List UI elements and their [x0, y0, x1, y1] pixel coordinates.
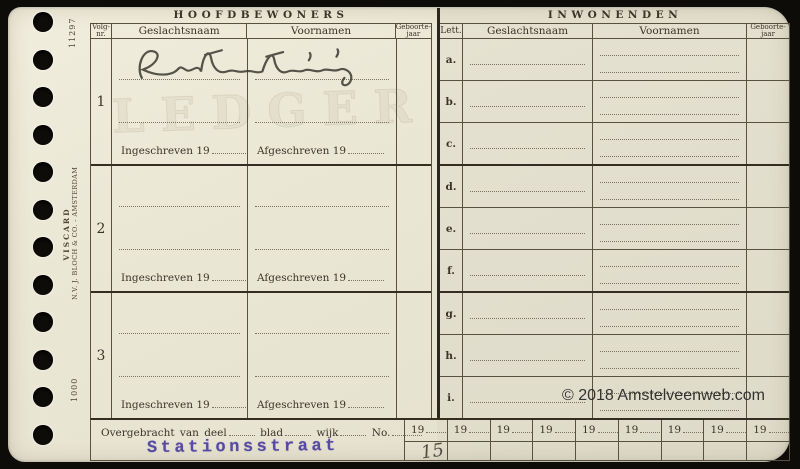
- afgeschreven-label: Afgeschreven 19: [257, 399, 384, 411]
- year-cell: 19: [703, 420, 746, 460]
- inwonenden-rows: a. b. c. d. e.: [440, 39, 790, 418]
- transfer-info-cell: Overgebracht van deel blad wijk No. Stat…: [91, 420, 404, 460]
- punch-hole: [33, 87, 53, 107]
- row-letter: i.: [440, 377, 462, 418]
- table-row: b.: [440, 80, 789, 122]
- ingeschreven-label: Ingeschreven 19: [121, 145, 248, 157]
- year-cell: 19: [618, 420, 661, 460]
- table-row: 3 Ingeschreven 19 Afgeschreven 19: [91, 291, 431, 418]
- column-header-geboortejaar: Geboorte- jaar: [395, 24, 431, 38]
- year-cell: 19: [661, 420, 704, 460]
- afgeschreven-label: Afgeschreven 19: [257, 272, 384, 284]
- punch-hole: [33, 237, 53, 257]
- row-letter: d.: [440, 166, 462, 207]
- voornamen-cell: Afgeschreven 19: [247, 166, 396, 291]
- printer-name: N.V. J. BLOCH & CO. - AMSTERDAM: [71, 168, 80, 300]
- geboortejaar-cell: [396, 166, 431, 291]
- row-letter: b.: [440, 81, 462, 122]
- table-row: f.: [440, 249, 789, 291]
- table-row: c.: [440, 122, 789, 164]
- table-row: 2 Ingeschreven 19 Afgeschreven 19: [91, 164, 431, 291]
- street-name-stamp: Stationsstraat: [147, 437, 339, 458]
- printer-brand: VISCARD: [62, 168, 71, 300]
- handwritten-entry-postkantoor: [128, 41, 375, 89]
- year-cell: 19: [575, 420, 618, 460]
- ingeschreven-label: Ingeschreven 19: [121, 399, 248, 411]
- printer-imprint: VISCARD N.V. J. BLOCH & CO. - AMSTERDAM: [62, 168, 80, 300]
- column-header-geboortejaar: Geboorte- jaar: [746, 24, 789, 38]
- card-serial-number: 11297: [68, 10, 77, 48]
- hoofdbewoners-rows: 1 Ingeschreven 19 Afgeschreven 19 2 Inge…: [90, 39, 432, 418]
- year-cell: 19: [447, 420, 490, 460]
- row-letter: c.: [440, 123, 462, 164]
- copyright-watermark: © 2018 Amstelveenweb.com: [562, 387, 765, 405]
- punch-hole: [33, 350, 53, 370]
- hoofdbewoners-header-row: Volg- nr. Geslachtsnaam Voornamen Geboor…: [90, 23, 432, 39]
- geslachtsnaam-cell: Ingeschreven 19: [111, 166, 247, 291]
- punch-hole: [33, 425, 53, 445]
- column-header-geslachtsnaam: Geslachtsnaam: [462, 24, 592, 38]
- year-cell: 19: [746, 420, 789, 460]
- section-title-hoofdbewoners: HOOFDBEWONERS: [90, 9, 432, 23]
- row-letter: g.: [440, 293, 462, 334]
- punch-hole: [33, 12, 53, 32]
- table-row: a.: [440, 39, 789, 80]
- scanned-registration-card: 11297 VISCARD N.V. J. BLOCH & CO. - AMST…: [0, 0, 800, 469]
- table-row: h.: [440, 334, 789, 376]
- row-number: 2: [91, 166, 111, 291]
- table-row: e.: [440, 207, 789, 249]
- column-header-voornamen: Voornamen: [592, 24, 746, 38]
- column-header-geslachtsnaam: Geslachtsnaam: [111, 24, 246, 38]
- row-letter: h.: [440, 335, 462, 376]
- column-header-voornamen: Voornamen: [246, 24, 394, 38]
- section-divider-line: [437, 8, 440, 418]
- inwonenden-header-row: Lett. Geslachtsnaam Voornamen Geboorte- …: [440, 23, 790, 39]
- row-number: 1: [91, 39, 111, 164]
- punch-hole: [33, 50, 53, 70]
- row-letter: f.: [440, 250, 462, 291]
- year-cell: 19 15: [404, 420, 447, 460]
- handwritten-number: 15: [420, 440, 446, 464]
- punch-hole: [33, 200, 53, 220]
- punch-hole: [33, 162, 53, 182]
- column-header-lett: Lett.: [440, 24, 462, 38]
- punch-hole: [33, 275, 53, 295]
- row-number: 3: [91, 293, 111, 418]
- geslachtsnaam-cell: Ingeschreven 19: [111, 293, 247, 418]
- column-header-volgnr: Volg- nr.: [91, 24, 111, 38]
- afgeschreven-label: Afgeschreven 19: [257, 145, 384, 157]
- punch-hole: [33, 387, 53, 407]
- table-row: d.: [440, 164, 789, 207]
- row-letter: e.: [440, 208, 462, 249]
- voornamen-cell: Afgeschreven 19: [247, 293, 396, 418]
- card-form-number: 1000: [70, 364, 79, 402]
- year-cell: 19: [490, 420, 533, 460]
- ingeschreven-label: Ingeschreven 19: [121, 272, 248, 284]
- punch-hole: [33, 125, 53, 145]
- section-title-inwonenden: INWONENDEN: [440, 9, 790, 23]
- geboortejaar-cell: [396, 39, 431, 164]
- punch-hole: [33, 312, 53, 332]
- row-letter: a.: [440, 39, 462, 80]
- transfer-strip: Overgebracht van deel blad wijk No. Stat…: [90, 418, 790, 461]
- table-row: g.: [440, 291, 789, 334]
- year-cell: 19: [532, 420, 575, 460]
- geboortejaar-cell: [396, 293, 431, 418]
